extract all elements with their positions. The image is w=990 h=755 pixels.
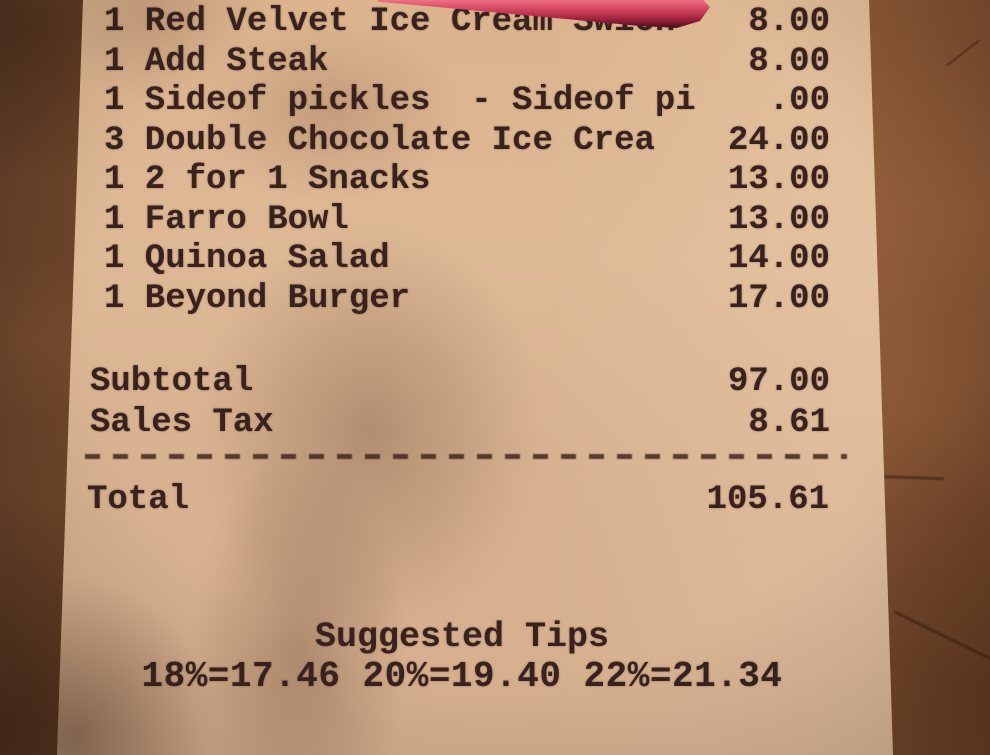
receipt-item-row: 1Quinoa Salad14.00 — [104, 240, 830, 280]
receipt-item-row: 1Sideof pickles - Sideof pi.00 — [104, 82, 830, 122]
receipt-item-row: 1Add Steak8.00 — [104, 43, 830, 83]
item-name: Farro Bowl — [145, 201, 349, 241]
subtotal-row: Subtotal 97.00 — [90, 362, 830, 403]
total-label: Total — [87, 481, 189, 519]
sales-tax-row: Sales Tax 8.61 — [90, 403, 830, 444]
item-qty: 1 — [104, 280, 124, 320]
subtotal-label: Subtotal — [90, 362, 253, 403]
item-name: Beyond Burger — [145, 280, 410, 320]
item-price: .00 — [769, 82, 830, 122]
item-name: Quinoa Salad — [145, 240, 390, 280]
item-price: 14.00 — [728, 240, 830, 280]
suggested-tips-values: 18%=17.46 20%=19.40 22%=21.34 — [76, 656, 848, 697]
receipt-photo-scene: 1Red Velvet Ice Cream Swich8.00 1Add Ste… — [0, 0, 990, 755]
receipt-item-row: 1Farro Bowl13.00 — [104, 201, 830, 241]
sales-tax-label: Sales Tax — [90, 403, 274, 444]
table-scratch — [946, 39, 980, 66]
item-name: Add Steak — [145, 43, 329, 83]
item-name: Sideof pickles - Sideof pi — [145, 82, 696, 122]
item-qty: 1 — [104, 240, 124, 280]
sales-tax-value: 8.61 — [748, 403, 830, 444]
receipt-paper: 1Red Velvet Ice Cream Swich8.00 1Add Ste… — [0, 0, 990, 755]
items-section: 1Red Velvet Ice Cream Swich8.00 1Add Ste… — [104, 3, 830, 319]
item-price: 13.00 — [728, 201, 830, 241]
dashed-separator — [85, 454, 847, 459]
total-value: 105.61 — [707, 481, 829, 519]
item-name: 2 for 1 Snacks — [145, 161, 431, 201]
receipt-item-row: 12 for 1 Snacks13.00 — [104, 161, 830, 201]
item-price: 17.00 — [728, 280, 830, 320]
subtotal-value: 97.00 — [728, 362, 830, 403]
suggested-tips-title: Suggested Tips — [90, 617, 834, 657]
item-price: 24.00 — [728, 122, 830, 162]
item-qty: 3 — [104, 122, 124, 162]
item-qty: 1 — [104, 43, 124, 83]
table-scratch — [893, 610, 990, 664]
receipt-item-row: 1Beyond Burger17.00 — [104, 280, 830, 320]
item-price: 8.00 — [748, 3, 830, 43]
item-qty: 1 — [104, 82, 124, 122]
item-price: 8.00 — [748, 43, 830, 83]
item-qty: 1 — [104, 161, 124, 201]
item-price: 13.00 — [728, 161, 830, 201]
total-row: Total 105.61 — [87, 481, 829, 519]
item-name: Double Chocolate Ice Crea — [145, 122, 655, 162]
item-qty: 1 — [104, 3, 124, 43]
item-qty: 1 — [104, 201, 124, 241]
receipt-item-row: 3Double Chocolate Ice Crea24.00 — [104, 122, 830, 162]
summary-section: Subtotal 97.00 Sales Tax 8.61 — [90, 362, 830, 444]
